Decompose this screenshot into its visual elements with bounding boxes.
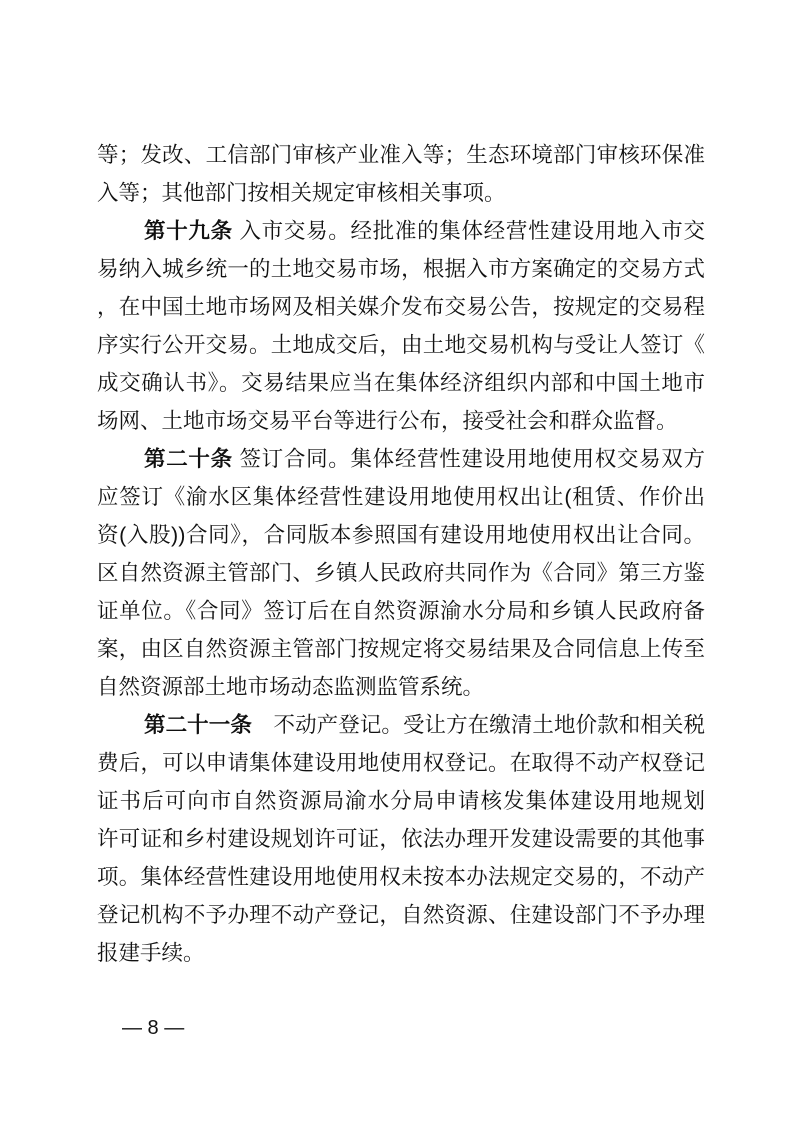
text-line: 序实行公开交易。土地成交后，由土地交易机构与受让人签订《 [97,326,705,364]
article-19-text: 入市交易。经批准的集体经营性建设用地入市交 [233,219,705,243]
text-line: 应签订《渝水区集体经营性建设用地使用权出让(租赁、作价出 [97,478,705,516]
text-line: 证单位。《合同》签订后在自然资源渝水分局和乡镇人民政府备 [97,592,705,630]
text-line: 等；发改、工信部门审核产业准入等；生态环境部门审核环保准 [97,136,705,174]
body-text: 等；发改、工信部门审核产业准入等；生态环境部门审核环保准 入等；其他部门按相关规… [97,136,705,972]
article-21-text: 不动产登记。受让方在缴清土地价款和相关税 [252,713,705,737]
article-20-number: 第二十条 [144,447,233,471]
text-line: 登记机构不予办理不动产登记，自然资源、住建设部门不予办理 [97,896,705,934]
text-line: 成交确认书》。交易结果应当在集体经济组织内部和中国土地市 [97,364,705,402]
document-page: 等；发改、工信部门审核产业准入等；生态环境部门审核环保准 入等；其他部门按相关规… [0,0,793,1122]
text-line: 易纳入城乡统一的土地交易市场，根据入市方案确定的交易方式 [97,250,705,288]
article-19-number: 第十九条 [144,219,233,243]
text-line: 资(入股))合同》，合同版本参照国有建设用地使用权出让合同。 [97,516,705,554]
article-21-heading-line: 第二十一条 不动产登记。受让方在缴清土地价款和相关税 [97,706,705,744]
page-number: — 8 — [122,1013,184,1043]
text-line: 费后，可以申请集体建设用地使用权登记。在取得不动产权登记 [97,744,705,782]
text-line: 场网、土地市场交易平台等进行公布，接受社会和群众监督。 [97,402,705,440]
article-21-number: 第二十一条 [144,713,252,737]
text-line: 自然资源部土地市场动态监测监管系统。 [97,668,705,706]
text-line: 入等；其他部门按相关规定审核相关事项。 [97,174,705,212]
text-line: 许可证和乡村建设规划许可证，依法办理开发建设需要的其他事 [97,820,705,858]
article-20-heading-line: 第二十条 签订合同。集体经营性建设用地使用权交易双方 [97,440,705,478]
text-line: 证书后可向市自然资源局渝水分局申请核发集体建设用地规划 [97,782,705,820]
text-line: ，在中国土地市场网及相关媒介发布交易公告，按规定的交易程 [97,288,705,326]
text-line: 区自然资源主管部门、乡镇人民政府共同作为《合同》第三方鉴 [97,554,705,592]
text-line: 案，由区自然资源主管部门按规定将交易结果及合同信息上传至 [97,630,705,668]
text-line: 项。集体经营性建设用地使用权未按本办法规定交易的，不动产 [97,858,705,896]
article-20-text: 签订合同。集体经营性建设用地使用权交易双方 [233,447,705,471]
article-19-heading-line: 第十九条 入市交易。经批准的集体经营性建设用地入市交 [97,212,705,250]
text-line: 报建手续。 [97,934,705,972]
